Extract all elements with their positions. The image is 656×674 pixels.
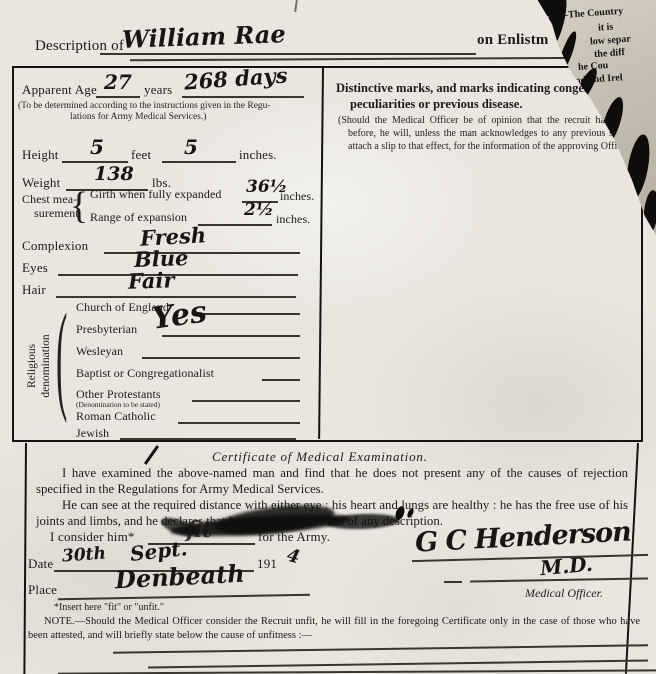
religion-group-label-line1: Religious <box>26 291 40 441</box>
place-label: Place <box>28 582 57 598</box>
chest-range-unit: inches. <box>276 212 310 227</box>
blank-line <box>96 96 140 98</box>
height-inches-label: inches. <box>239 147 277 163</box>
blank-line <box>182 96 304 98</box>
certificate-paragraph-1: I have examined the above-named man and … <box>36 466 628 498</box>
apparent-age-label: Apparent Age <box>22 82 97 98</box>
blank-line <box>120 438 296 440</box>
chest-range-label: Range of expansion <box>90 210 187 225</box>
blank-line <box>58 669 656 674</box>
certificate-left-border <box>23 443 27 674</box>
religion-item-presbyterian: Presbyterian <box>76 322 137 337</box>
religion-brace: ( <box>56 293 67 430</box>
religion-item-wesleyan: Wesleyan <box>76 344 123 359</box>
newsprint-fragment: it is <box>598 21 614 33</box>
scanned-enlistment-form: { "header": { "prefix": "Description of"… <box>0 0 656 674</box>
chest-girth-unit: inches. <box>280 189 314 204</box>
religion-item-baptist-congregationalist: Baptist or Congregationalist <box>76 366 214 381</box>
apparent-age-note-line1: (To be determined according to the instr… <box>18 101 271 112</box>
complexion-label: Complexion <box>22 238 88 254</box>
newsprint-fragment: the diff <box>594 47 626 60</box>
insert-footnote: *Insert here "fit" or "unfit." <box>54 602 164 614</box>
distinctive-marks-note: (Should the Medical Officer be of opinio… <box>338 114 640 153</box>
blank-line <box>162 335 300 337</box>
apparent-age-note-line2: lations for Army Medical Services.) <box>70 112 206 123</box>
newsprint-fragment: low separ <box>590 34 632 48</box>
place-value-handwritten: Denbeath <box>114 559 245 595</box>
header-rule <box>130 57 604 61</box>
height-feet-value: 5 <box>90 135 104 159</box>
recruit-name-handwritten: William Rae <box>122 19 287 54</box>
ink-fleck <box>394 505 406 521</box>
blank-line <box>113 644 648 653</box>
chest-brace: { <box>70 184 88 228</box>
hair-value: Fair <box>128 267 175 294</box>
blank-line <box>148 660 648 668</box>
year-digit-handwritten: 4 <box>285 545 302 568</box>
year-printed: 191 <box>257 556 277 572</box>
height-label: Height <box>22 147 59 163</box>
blank-line <box>58 594 310 600</box>
blank-line <box>262 379 300 381</box>
signature-credential-handwritten: M.D. <box>539 552 594 581</box>
newsprint-fragment: —The Country <box>558 6 624 22</box>
stray-mark <box>294 0 298 12</box>
tear-ink-mark <box>642 189 656 234</box>
blank-line <box>142 357 300 359</box>
name-blank-line <box>100 53 476 55</box>
religion-item-jewish: Jewish <box>76 426 109 441</box>
certificate-title: Certificate of Medical Examination. <box>212 449 428 465</box>
blank-line <box>58 274 298 276</box>
consider-value-handwritten: fit <box>186 517 212 543</box>
blank-line <box>162 161 236 163</box>
religion-group-label-line2: denomination <box>40 291 54 441</box>
date-day-handwritten: 30th <box>61 543 106 566</box>
blank-line <box>202 313 300 315</box>
apparent-age-years-value: 27 <box>104 70 132 94</box>
weight-label: Weight <box>22 175 60 191</box>
ink-fleck <box>406 507 415 518</box>
religion-item-roman-catholic: Roman Catholic <box>76 409 156 424</box>
blank-line <box>178 422 300 424</box>
religion-other-note: (Denomination to be stated) <box>76 400 160 409</box>
weight-value: 138 <box>94 163 134 185</box>
pen-slash-mark <box>144 445 159 465</box>
eyes-label: Eyes <box>22 260 48 276</box>
consider-suffix: for the Army. <box>258 529 330 545</box>
date-label: Date <box>28 556 53 572</box>
apparent-age-years-label: years <box>144 82 172 98</box>
chest-range-value: 2½ <box>244 200 274 220</box>
blank-line <box>444 581 462 583</box>
medical-officer-label: Medical Officer. <box>525 586 603 601</box>
chest-girth-label: Girth when fully expanded <box>90 187 221 202</box>
consider-label: I consider him* <box>50 529 135 545</box>
height-inches-value: 5 <box>184 135 198 159</box>
blank-line <box>192 400 300 402</box>
unfit-note: NOTE.—Should the Medical Officer conside… <box>28 615 640 642</box>
height-feet-label: feet <box>131 147 151 163</box>
form-title-suffix: on Enlistm <box>477 32 549 49</box>
blank-line <box>470 577 648 582</box>
blank-line <box>198 224 272 226</box>
religion-group-label: Religious denomination <box>26 291 54 441</box>
